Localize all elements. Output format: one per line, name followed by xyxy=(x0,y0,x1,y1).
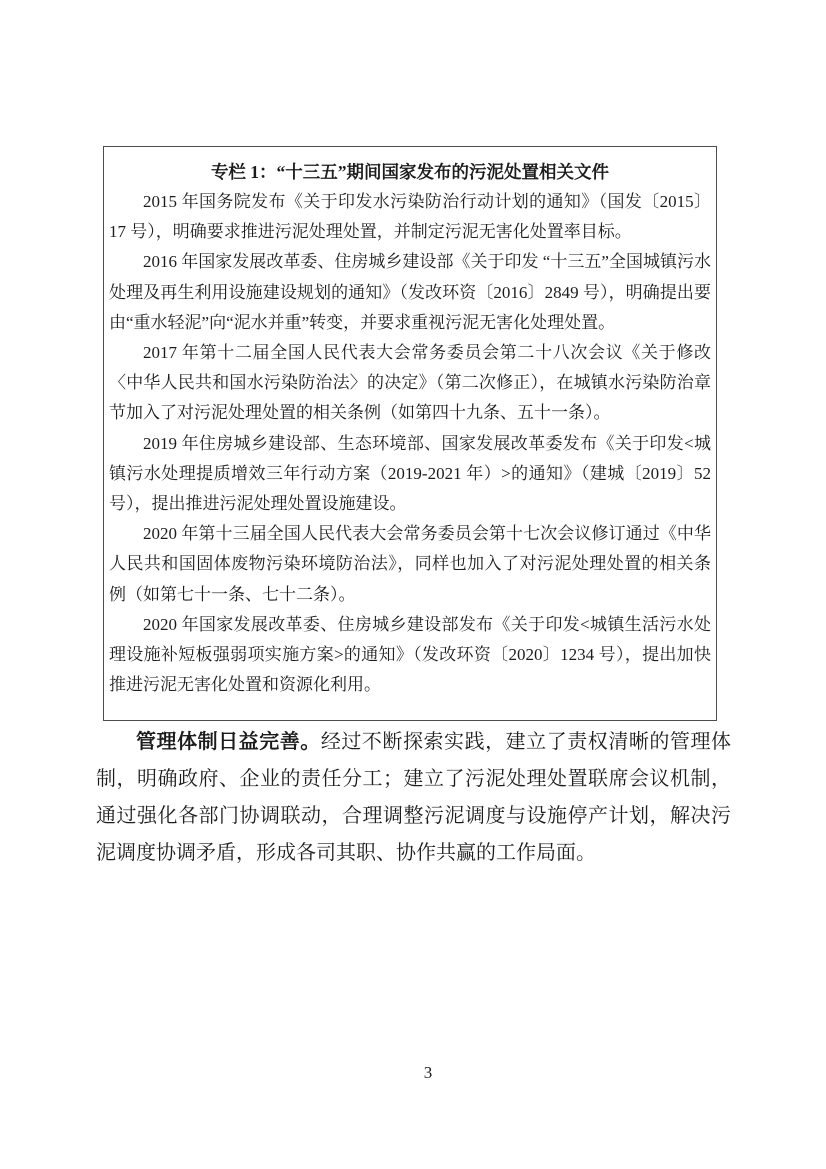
policy-box: 专栏 1：“十三五”期间国家发布的污泥处置相关文件 2015 年国务院发布《关于… xyxy=(103,146,717,721)
box-paragraph-2016: 2016 年国家发展改革委、住房城乡建设部《关于印发 “十三五”全国城镇污水处理… xyxy=(109,247,711,338)
page-number: 3 xyxy=(30,1062,826,1084)
body-paragraph: 管理体制日益完善。经过不断探索实践，建立了责权清晰的管理体制，明确政府、企业的责… xyxy=(96,724,731,872)
document-page: 专栏 1：“十三五”期间国家发布的污泥处置相关文件 2015 年国务院发布《关于… xyxy=(0,0,826,1169)
body-paragraph-lead: 管理体制日益完善。 xyxy=(136,731,321,753)
box-paragraph-2019: 2019 年住房城乡建设部、生态环境部、国家发展改革委发布《关于印发<城镇污水处… xyxy=(109,429,711,520)
box-paragraph-2020-plan: 2020 年国家发展改革委、住房城乡建设部发布《关于印发<城镇生活污水处理设施补… xyxy=(109,610,711,701)
box-paragraph-2020-law: 2020 年第十三届全国人民代表大会常务委员会第十七次会议修订通过《中华人民共和… xyxy=(109,519,711,610)
box-paragraph-2015: 2015 年国务院发布《关于印发水污染防治行动计划的通知》（国发〔2015〕17… xyxy=(109,187,711,247)
box-paragraph-2017: 2017 年第十二届全国人民代表大会常务委员会第二十八次会议《关于修改〈中华人民… xyxy=(109,338,711,429)
box-title: 专栏 1：“十三五”期间国家发布的污泥处置相关文件 xyxy=(109,157,711,187)
